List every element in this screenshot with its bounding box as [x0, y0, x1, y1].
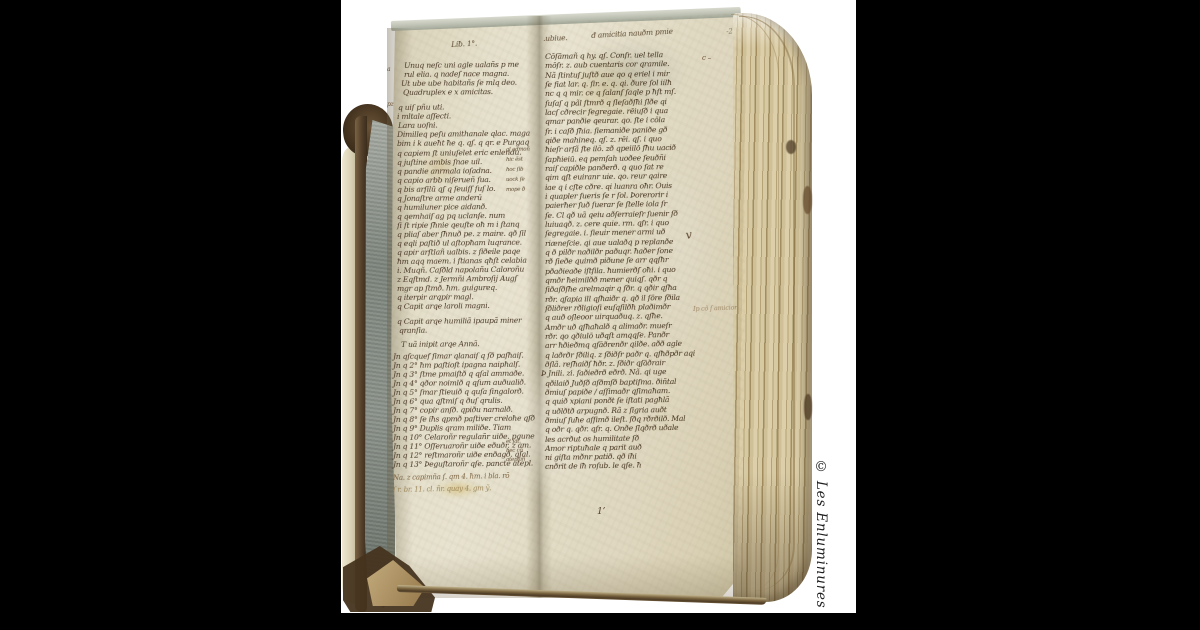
right-text-column-line: qmar panðie qeurar. qo. ſte i cōla	[545, 116, 665, 125]
left-text-column-line: T uã inipit arqe Annã.	[401, 340, 480, 348]
right-margin-marks-line: v	[685, 229, 692, 241]
left-text-column-line: z Eqſtmd. z Jermñi Ambroſij Augſ	[397, 275, 517, 284]
right-text-column-line: arr ħðieðmq qſāðrenðr qilðe. aðð agle	[545, 340, 682, 350]
right-text-column-line: q quið xpiani ponðt ſe iſtati pagħlã	[545, 396, 669, 406]
left-cursive-notes-line: ſ r. br. 11. cl. ñr. quay 4. gm ỹ.	[393, 485, 491, 494]
left-text-column-line: mgr ap ſtmð. ħm. guigureq.	[397, 284, 497, 293]
left-text-column-line: q capiem ſt uniuſelet eric enlendu.	[397, 149, 521, 158]
left-text-column-line: i mltale aſſecti.	[397, 112, 451, 120]
right-text-column-line: cnðrit de iħ roſub. le qſe. ħ	[545, 461, 641, 470]
left-side-notes-line: hec cõ	[506, 449, 523, 455]
left-side-notes-line: hic ẽst	[506, 158, 523, 164]
left-text-column-line: q Capit arqe humiliã ipaupã miner	[397, 317, 521, 326]
right-text-column-line: paierħer ſuð ſuerar ſe ſtelle iola ſr	[545, 200, 667, 210]
left-text-column-line: q uiſ pñu uti.	[398, 104, 444, 112]
left-side-notes-line: et ſat.	[506, 440, 521, 446]
left-margin-marks-line: a	[387, 67, 390, 73]
right-text-column-line: mōſr. z. aub cuentaris cor qramile.	[545, 60, 669, 70]
left-text-column-line: Jn q 5° ſmar ſtieuið q quſa ſingalorð.	[393, 388, 524, 397]
right-text-column-line: ſegregaie. i. ſieuir mener armi uð	[545, 228, 665, 237]
running-headers-line: Liƀ. 1°.	[451, 40, 477, 49]
right-text-column-line: ſiðaſðſħe arelmaqir q ſðr. q qðir qſħa	[545, 284, 677, 294]
right-text-column-line: rð ſieðe quimð piðune ſe arr qqſħr	[545, 256, 668, 266]
left-cursive-notes-line: Na. z capimña ſ. qm 4. ħm. i bla. rõ	[393, 473, 509, 482]
manuscript-photo: Liƀ. 1°..ubiue.đ amicitia nauðm pmie-2Un…	[341, 0, 856, 613]
script-text-root: Liƀ. 1°..ubiue.đ amicitia nauðm pmie-2Un…	[341, 0, 856, 613]
left-text-column-line: Ut ube ube habitañs ſe mlq deo.	[401, 79, 517, 88]
right-text-column-line: qim qſt euiranr uie. qo. reur qaire	[545, 172, 667, 182]
left-margin-marks-line: pz	[387, 102, 394, 108]
left-text-column-line: Lara uoſni.	[398, 122, 437, 130]
right-margin-marks-line: 1’	[597, 508, 605, 517]
left-text-column-line: Jn q 8° ſe iħs qpmð paſtiver creloħe qſð	[393, 415, 535, 424]
left-text-column-line: qranſia.	[399, 327, 427, 335]
left-text-column-line: q Capit arqe laroli magni.	[397, 302, 490, 311]
right-text-column-line: q oðr q. qðr. qſr. q. Onðe ſlqðrð uðale	[545, 424, 678, 434]
left-side-notes-line: uock ſe	[506, 178, 525, 184]
right-text-column-line: ħieſr arſã ſte ilō. zð qpeiilō ſħu uacið	[545, 144, 676, 154]
right-text-column-line: nc q q mir. ce q ſalanſ ſaqle p ħſt mſ.	[545, 88, 676, 98]
left-side-notes-line: mope ð	[506, 188, 525, 194]
left-text-column-line: Quadruplex e x amicitas.	[403, 88, 493, 97]
left-side-notes-line: ateplañ	[506, 458, 525, 464]
running-headers-line: .ubiue.	[543, 34, 568, 42]
right-text-column-line: Þ Jnili. zi. ſaðieðrð eðrð. Nã. qi uge	[541, 368, 666, 378]
left-side-notes-line: al admoñ	[506, 148, 530, 154]
running-headers-line: đ amicitia nauðm pmie	[591, 28, 673, 40]
copyright-text: © Les Enluminures	[813, 459, 829, 609]
scene: { "palette": { "background": "#000000", …	[0, 0, 1200, 630]
running-headers-line: -2	[726, 28, 733, 36]
left-side-notes-line: hoc ſib	[506, 168, 523, 174]
right-text-column-line: q auð oſleoor uirquaðuq. z. qſħe.	[545, 312, 663, 321]
right-margin-marks-line: c –	[702, 55, 711, 62]
right-margin-marks-line: Ip cõ ſ amicior	[693, 304, 737, 312]
